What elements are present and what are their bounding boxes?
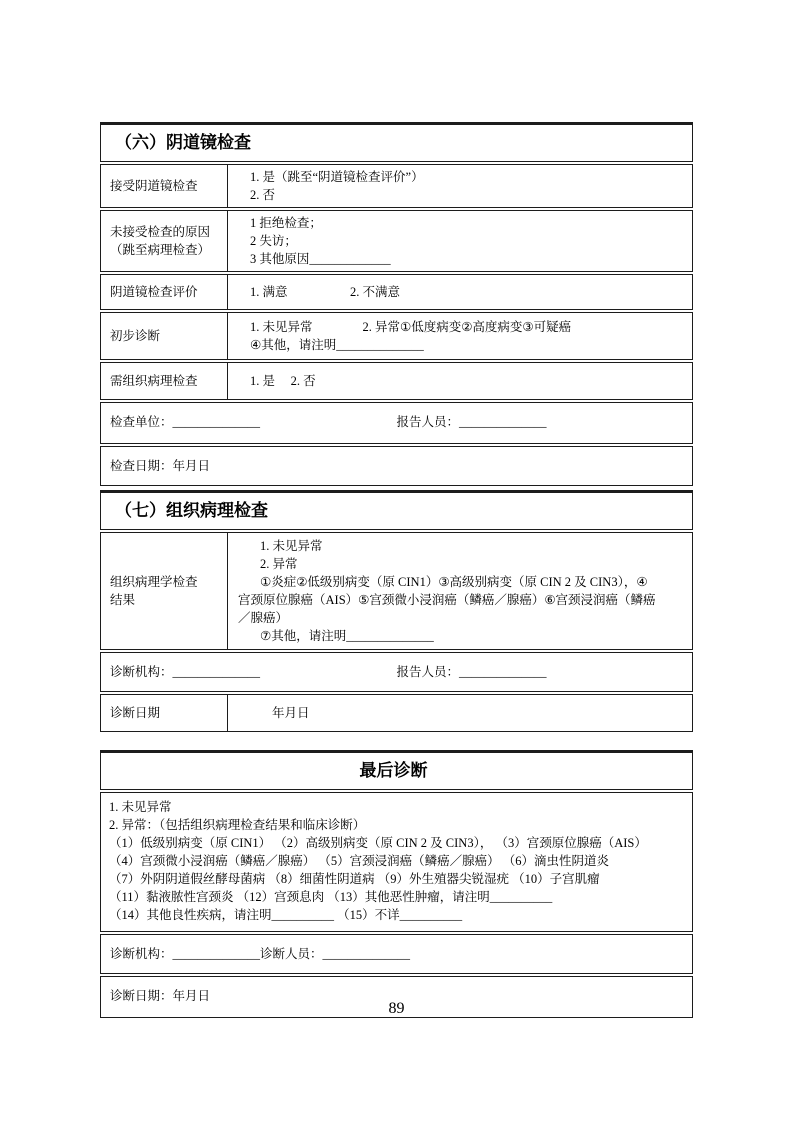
form-body: （六）阴道镜检查 接受阴道镜检查 1. 是（跳至“阴道镜检查评价”） 2. 否 … <box>100 122 693 1018</box>
table-row: 初步诊断 1. 未见异常 2. 异常①低度病变②高度病变③可疑癌 ④其他，请注明… <box>100 312 693 360</box>
row-value-accept-colposcopy: 1. 是（跳至“阴道镜检查评价”） 2. 否 <box>228 165 692 207</box>
final-diagnosis-header-row: 最后诊断 <box>100 750 693 790</box>
final-org-person-field: 诊断机构：______________诊断人员：______________ <box>110 947 410 961</box>
pathology-result-line: ⑦其他，请注明______________ <box>238 627 684 645</box>
exam-date-field: 检查日期：年月日 <box>110 459 210 473</box>
table-row: 诊断机构：______________ 报告人员：______________ <box>100 652 693 692</box>
table-row: 检查单位：______________ 报告人员：______________ <box>100 402 693 444</box>
table-row: 检查日期：年月日 <box>100 446 693 486</box>
section7-title: （七）组织病理检查 <box>101 493 274 529</box>
row-value-colposcopy-evaluation: 1. 满意 2. 不满意 <box>228 275 692 309</box>
row-label-pathology-result: 组织病理学检查 结果 <box>101 533 228 649</box>
row-label-not-accept-reason: 未接受检查的原因 （跳至病理检查） <box>101 211 228 271</box>
diagnosis-org-reporter-row: 诊断机构：______________ 报告人员：______________ <box>101 653 692 691</box>
row-value-pathology-result: 1. 未见异常 2. 异常 ①炎症②低级别病变（原 CIN1）③高级别病变（原 … <box>228 533 692 649</box>
table-row: 接受阴道镜检查 1. 是（跳至“阴道镜检查评价”） 2. 否 <box>100 164 693 208</box>
page-number: 89 <box>0 1000 793 1018</box>
section7-header-row: （七）组织病理检查 <box>100 490 693 530</box>
row-value-diagnosis-date: 年月日 <box>228 695 692 731</box>
pathology-result-line: 2. 异常 <box>238 555 684 573</box>
row-label-accept-colposcopy: 接受阴道镜检查 <box>101 165 228 207</box>
row-label-preliminary-diagnosis: 初步诊断 <box>101 313 228 359</box>
exam-unit-field: 检查单位：______________ <box>110 415 260 429</box>
section-histopathology: （七）组织病理检查 组织病理学检查 结果 1. 未见异常 2. 异常 ①炎症②低… <box>100 490 693 732</box>
table-row: 未接受检查的原因 （跳至病理检查） 1 拒绝检查； 2 失访； 3 其他原因__… <box>100 210 693 272</box>
pathology-result-line: ／腺癌） <box>238 609 684 627</box>
pathology-result-line: 宫颈原位腺癌（AIS）⑤宫颈微小浸润癌（鳞癌／腺癌）⑥宫颈浸润癌（鳞癌 <box>238 591 684 609</box>
row-label-need-pathology: 需组织病理检查 <box>101 363 228 399</box>
pathology-result-line: ①炎症②低级别病变（原 CIN1）③高级别病变（原 CIN 2 及 CIN3），… <box>238 573 684 591</box>
reporter-field: 报告人员：______________ <box>397 663 547 681</box>
row-value-not-accept-reason: 1 拒绝检查； 2 失访； 3 其他原因_____________ <box>228 211 692 271</box>
final-diagnosis-line: （14）其他良性疾病，请注明__________ （15）不详_________… <box>109 906 684 924</box>
diagnosis-org-field: 诊断机构：______________ <box>110 665 260 679</box>
final-diagnosis-line: （4）宫颈微小浸润癌（鳞癌／腺癌） （5）宫颈浸润癌（鳞癌／腺癌） （6）滴虫性… <box>109 852 684 870</box>
table-row: 诊断日期 年月日 <box>100 694 693 732</box>
final-diagnosis-line: 1. 未见异常 <box>109 798 684 816</box>
row-label-diagnosis-date: 诊断日期 <box>101 695 228 731</box>
final-diagnosis-line: （11）黏液脓性宫颈炎 （12）宫颈息肉 （13）其他恶性肿瘤，请注明_____… <box>109 888 684 906</box>
final-diagnosis-title: 最后诊断 <box>101 753 692 789</box>
final-diagnosis-options: 1. 未见异常 2. 异常：（包括组织病理检查结果和临床诊断） （1）低级别病变… <box>101 793 692 931</box>
final-diagnosis-line: 2. 异常：（包括组织病理检查结果和临床诊断） <box>109 816 684 834</box>
table-row: 1. 未见异常 2. 异常：（包括组织病理检查结果和临床诊断） （1）低级别病变… <box>100 792 693 932</box>
table-row: 需组织病理检查 1. 是 2. 否 <box>100 362 693 400</box>
table-row: 组织病理学检查 结果 1. 未见异常 2. 异常 ①炎症②低级别病变（原 CIN… <box>100 532 693 650</box>
table-row: 阴道镜检查评价 1. 满意 2. 不满意 <box>100 274 693 310</box>
pathology-result-line: 1. 未见异常 <box>238 537 684 555</box>
section-final-diagnosis: 最后诊断 1. 未见异常 2. 异常：（包括组织病理检查结果和临床诊断） （1）… <box>100 750 693 1018</box>
final-diagnosis-line: （1）低级别病变（原 CIN1） （2）高级别病变（原 CIN 2 及 CIN3… <box>109 834 684 852</box>
section6-header-row: （六）阴道镜检查 <box>100 122 693 162</box>
row-value-need-pathology: 1. 是 2. 否 <box>228 363 692 399</box>
final-org-person-row: 诊断机构：______________诊断人员：______________ <box>101 935 692 973</box>
section-colposcopy: （六）阴道镜检查 接受阴道镜检查 1. 是（跳至“阴道镜检查评价”） 2. 否 … <box>100 122 693 486</box>
final-diagnosis-line: （7）外阴阴道假丝酵母菌病 （8）细菌性阴道病 （9）外生殖器尖锐湿疣 （10）… <box>109 870 684 888</box>
exam-date-row: 检查日期：年月日 <box>101 447 692 485</box>
reporter-field: 报告人员：______________ <box>397 413 547 431</box>
row-label-colposcopy-evaluation: 阴道镜检查评价 <box>101 275 228 309</box>
table-row: 诊断机构：______________诊断人员：______________ <box>100 934 693 974</box>
exam-unit-reporter-row: 检查单位：______________ 报告人员：______________ <box>101 403 692 443</box>
section6-title: （六）阴道镜检查 <box>101 125 257 161</box>
row-value-preliminary-diagnosis: 1. 未见异常 2. 异常①低度病变②高度病变③可疑癌 ④其他，请注明_____… <box>228 313 692 359</box>
